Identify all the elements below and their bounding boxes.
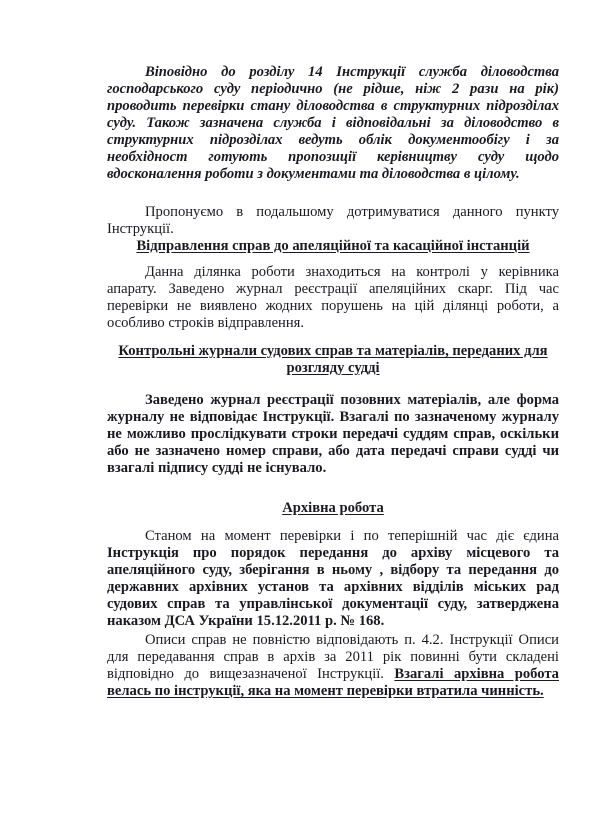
paragraph-archive-instruction: Станом на момент перевірки і по теперішн… [107,528,559,630]
section-recommendation: Пропонуємо в подальшому дотримуватися да… [107,204,559,238]
section-archive-work: Архівна робота [107,500,559,517]
section-archive-instruction: Станом на момент перевірки і по теперішн… [107,528,559,630]
paragraph-archive-inventory: Описи справ не повністю відповідають п. … [107,632,559,700]
heading-archive-work: Архівна робота [107,500,559,517]
section-appeal-dispatch-body: Данна ділянка роботи знаходиться на конт… [107,264,559,332]
paragraph-control-journals: Заведено журнал реєстрації позовних мате… [107,392,559,477]
section-control-journals-body: Заведено журнал реєстрації позовних мате… [107,392,559,477]
archive-instruction-title: Інструкція про порядок передання до архі… [107,545,559,629]
section-control-journals: Контрольні журнали судових справ та мате… [107,343,559,377]
section-appeal-dispatch: Відправлення справ до апеляційної та кас… [107,238,559,255]
section-inspection-frequency: Віповідно до розділу 14 Інструкції служб… [107,64,559,183]
heading-appeal-dispatch: Відправлення справ до апеляційної та кас… [107,238,559,255]
heading-control-journals: Контрольні журнали судових справ та мате… [107,343,559,377]
paragraph-inspection-frequency: Віповідно до розділу 14 Інструкції служб… [107,64,559,183]
archive-instruction-intro: Станом на момент перевірки і по теперішн… [145,528,559,544]
paragraph-appeal-dispatch: Данна ділянка роботи знаходиться на конт… [107,264,559,332]
document-page: Віповідно до розділу 14 Інструкції служб… [0,0,600,826]
section-archive-inventory: Описи справ не повністю відповідають п. … [107,632,559,700]
paragraph-recommendation: Пропонуємо в подальшому дотримуватися да… [107,204,559,238]
